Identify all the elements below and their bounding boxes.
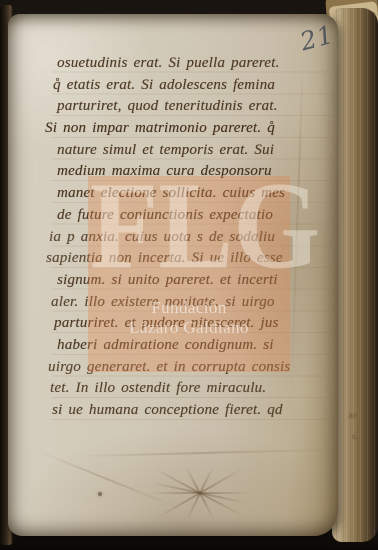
manuscript-photo: 21 osuetudinis erat. Si puella pareret. … [0, 0, 378, 550]
manuscript-line: ia p anxia. cuius uota s de sodaliu [49, 227, 337, 249]
manuscript-line: tet. In illo ostendit fore miraculu. [50, 378, 337, 400]
manuscript-line: osuetudinis erat. Si puella pareret. [57, 53, 337, 75]
manuscript-line: sapientia non incerta. Si ue illo esse [46, 248, 337, 270]
manuscript-line: signum. si unito pareret. et incerti [57, 270, 337, 292]
manuscript-line: q̊ etatis erat. Si adolescens femina [53, 75, 337, 97]
manuscript-line: parturiret. et pudore nitesceret. jus [54, 313, 337, 335]
manuscript-line: aler. illo existere nouitate. si uirgo [51, 292, 337, 314]
text-block: osuetudinis erat. Si puella pareret. q̊ … [57, 53, 337, 422]
edge-text-fragment: s. [352, 431, 358, 441]
manuscript-line: medium maxima cura desponsoru [57, 161, 337, 183]
manuscript-line: manet electione sollicita. cuius mes [57, 183, 337, 205]
manuscript-line: haberi admiratione condignum. si [57, 335, 337, 357]
wormhole-mark [98, 492, 102, 496]
manuscript-line: nature simul et temporis erat. Sui [57, 140, 337, 162]
manuscript-line: uirgo generaret. et in corrupta consis [48, 357, 337, 379]
manuscript-line: de future coniunctionis expectatio [57, 205, 337, 227]
edge-text-fragment: ite [348, 410, 358, 420]
book-page: 21 osuetudinis erat. Si puella pareret. … [8, 14, 338, 536]
manuscript-line: Si non impar matrimonio pareret. q̊ [45, 118, 337, 140]
manuscript-line: parturiret, quod teneritudinis erat. [57, 96, 337, 118]
crease-mark [150, 467, 250, 517]
manuscript-line: si ue humana conceptione fieret. qd [52, 400, 337, 422]
